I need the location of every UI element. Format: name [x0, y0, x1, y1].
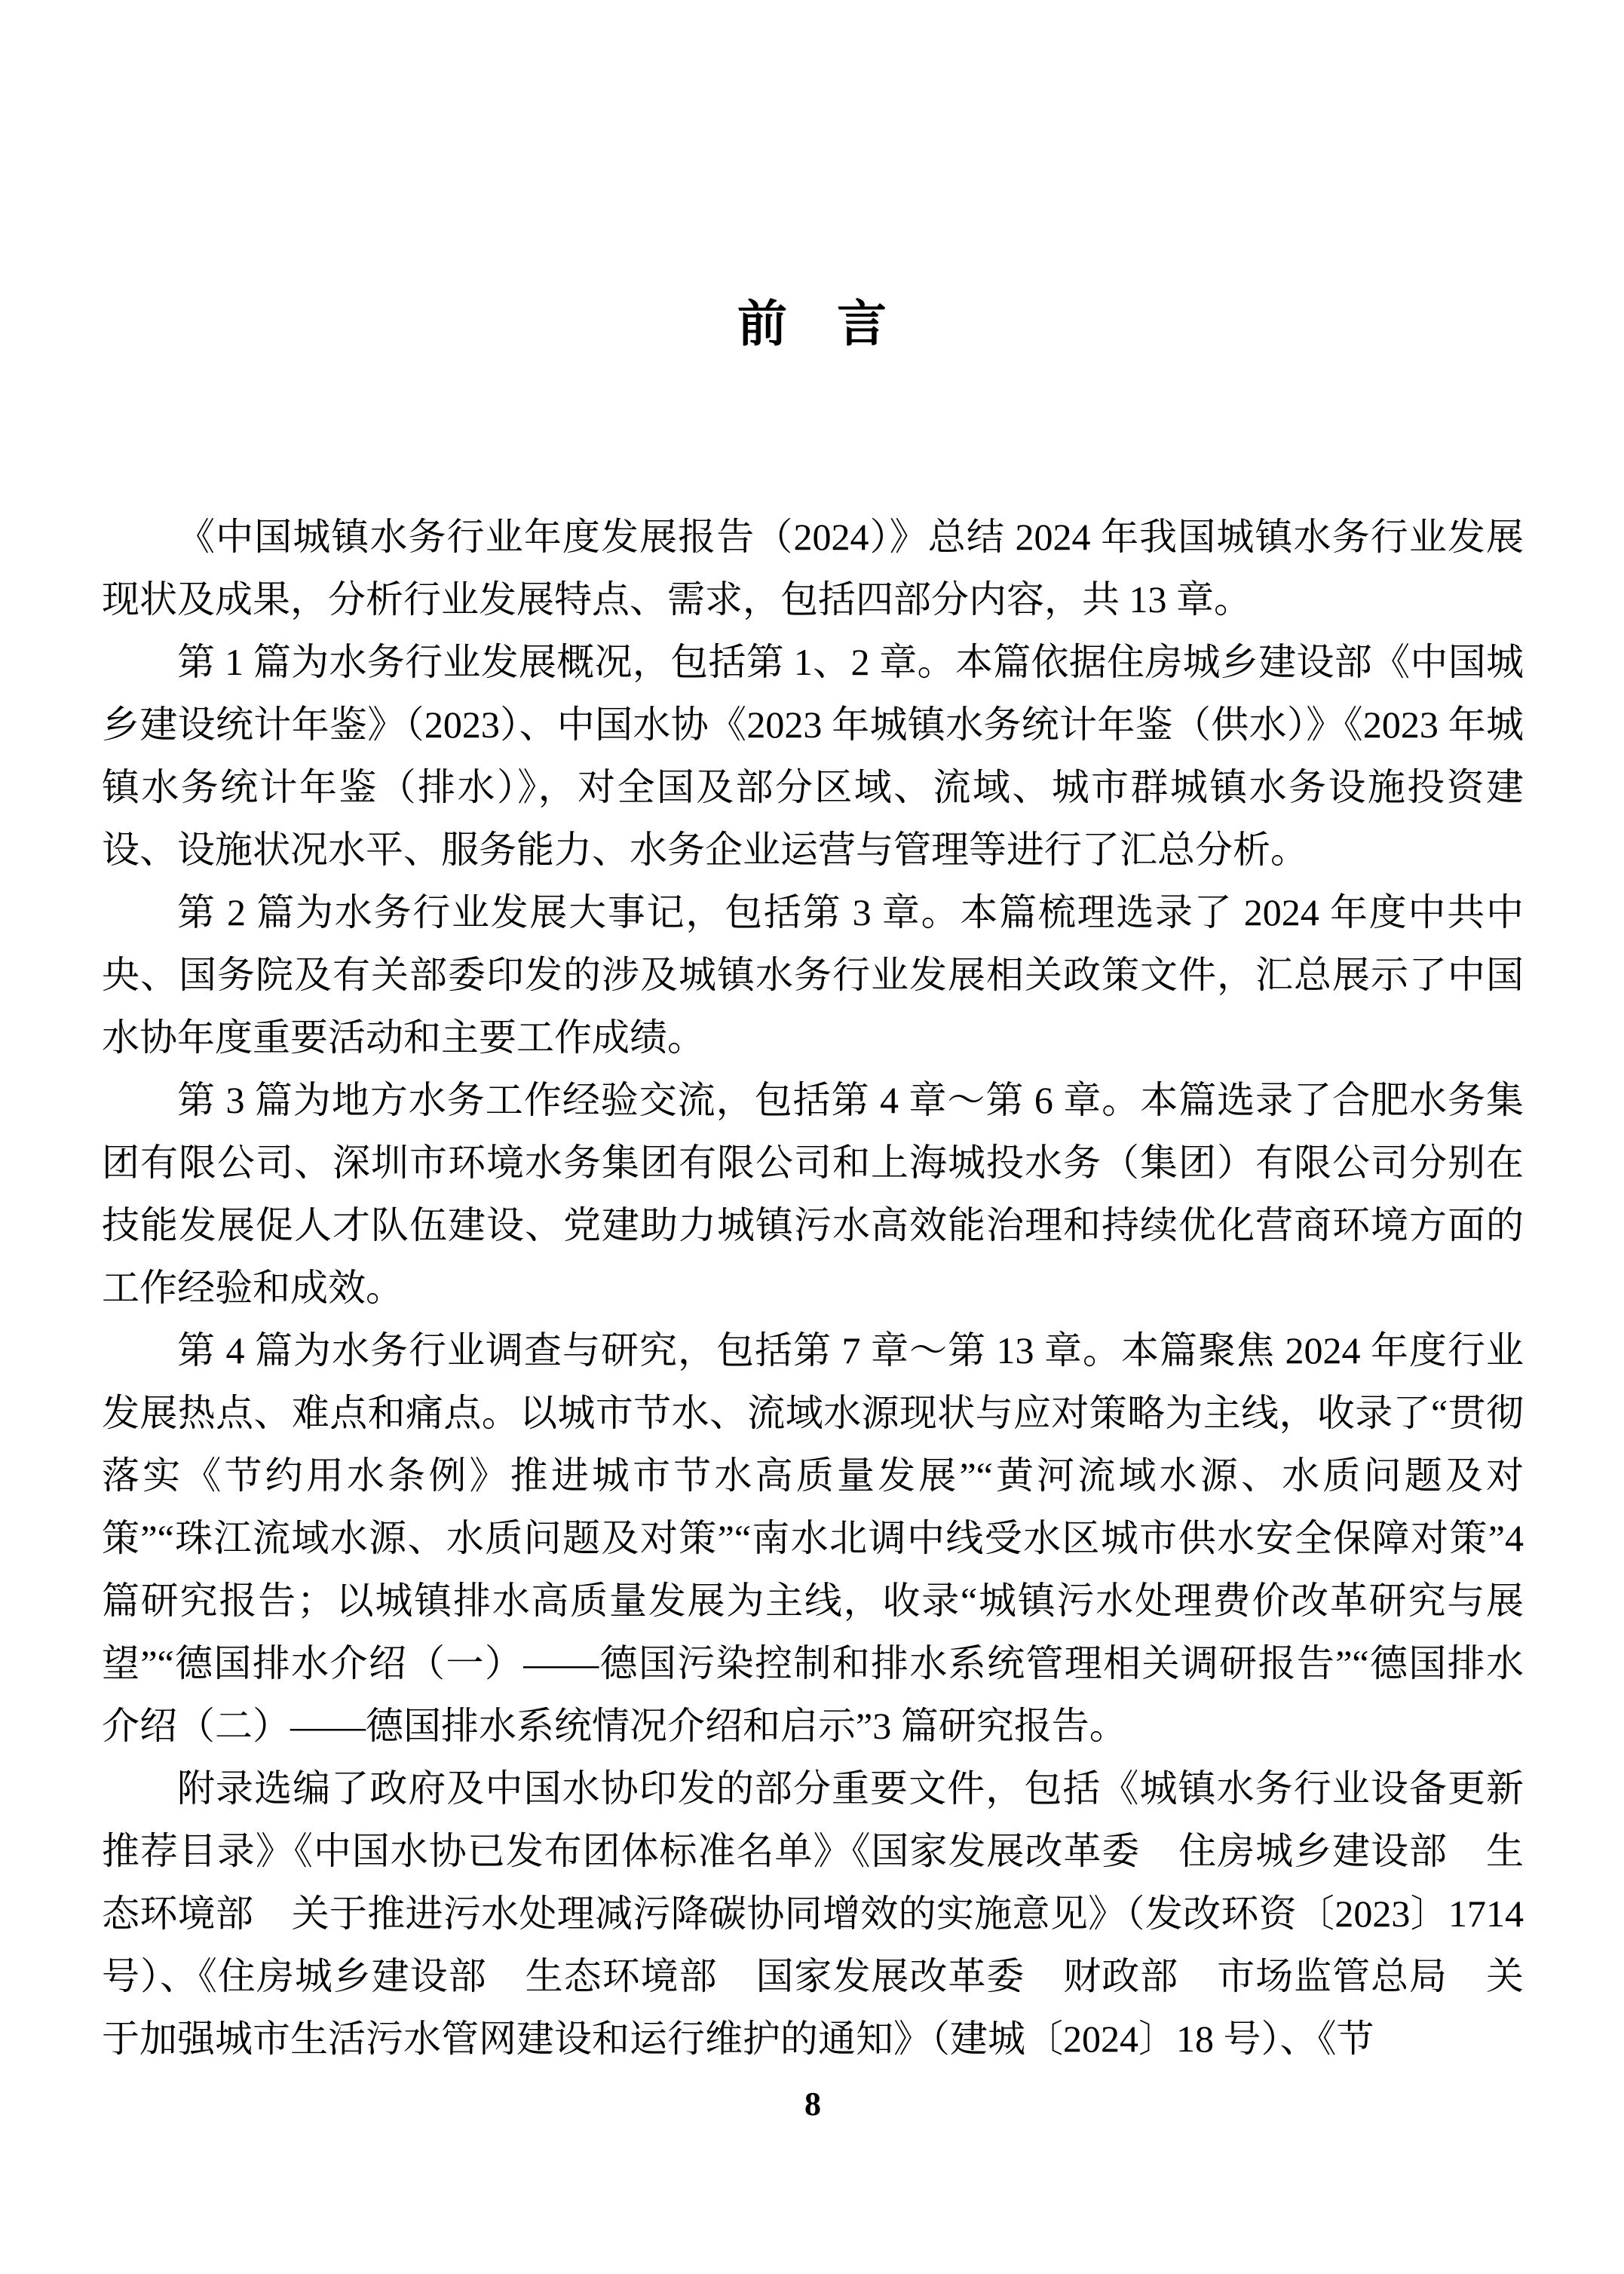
paragraph-part2: 第 2 篇为水务行业发展大事记，包括第 3 章。本篇梳理选录了 2024 年度中…: [102, 881, 1524, 1069]
page-title: 前 言: [0, 299, 1624, 351]
page-number: 8: [102, 2086, 1524, 2123]
paragraph-part1: 第 1 篇为水务行业发展概况，包括第 1、2 章。本篇依据住房城乡建设部《中国城…: [102, 631, 1524, 881]
document-page: 前 言 《中国城镇水务行业年度发展报告（2024）》总结 2024 年我国城镇水…: [0, 0, 1624, 2274]
document-body: 《中国城镇水务行业年度发展报告（2024）》总结 2024 年我国城镇水务行业发…: [102, 506, 1524, 2070]
paragraph-part3: 第 3 篇为地方水务工作经验交流，包括第 4 章～第 6 章。本篇选录了合肥水务…: [102, 1069, 1524, 1319]
paragraph-overview: 《中国城镇水务行业年度发展报告（2024）》总结 2024 年我国城镇水务行业发…: [102, 506, 1524, 631]
paragraph-appendix: 附录选编了政府及中国水协印发的部分重要文件，包括《城镇水务行业设备更新推荐目录》…: [102, 1758, 1524, 2070]
paragraph-part4: 第 4 篇为水务行业调查与研究，包括第 7 章～第 13 章。本篇聚焦 2024…: [102, 1319, 1524, 1758]
